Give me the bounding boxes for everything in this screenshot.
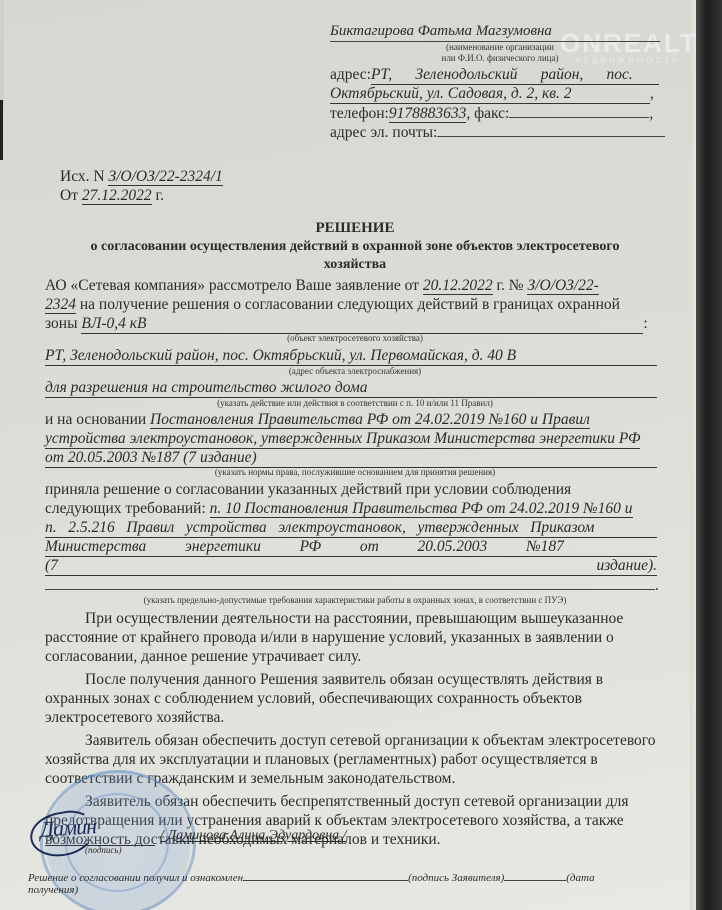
outgoing-date-suffix: г. [155,187,163,204]
basis-value-3: от 20.05.2003 №187 (7 издание) [45,448,657,468]
outgoing-number-row: Исх. N З/О/ОЗ/22-2324/1 [60,167,223,186]
fax-value [509,103,649,118]
requirements-value-4-right: издание). [596,556,657,575]
action-caption: (указать действие или действия в соответ… [45,398,665,408]
action-value: для разрешения на строительство жилого д… [45,378,657,398]
object-address: РТ, Зеленодольский район, пос. Октябрьск… [45,346,657,366]
background-surface [696,0,722,910]
zone-value: ВЛ-0,4 кВ [81,314,643,334]
paragraph-3-line-2: хозяйства для их эксплуатации и плановых… [45,750,598,769]
receipt-row: Решение о согласовании получил и ознаком… [28,870,595,884]
receipt-date-caption: (дата [566,872,594,884]
email-row: адрес эл. почты: [330,122,665,142]
paragraph-2-line-1: После получения данного Решения заявител… [85,670,603,689]
application-number-cont: 2324 [45,296,76,314]
handwritten-signature: Дамин [39,813,97,843]
requirements-label: следующих требований: [45,500,206,517]
requirements-value-4-left: (7 [45,557,58,574]
basis-value-1: Постановления Правительства РФ от 24.02.… [150,411,590,429]
phone-value: 9178883633 [389,105,467,123]
document-subtitle: о согласовании осуществления действий в … [20,239,690,255]
zone-label: зоны [45,315,78,332]
applicant-signature-blank [243,870,408,881]
paragraph-3-line-1: Заявитель обязан обеспечить доступ сетев… [85,731,656,750]
address-row: адрес:РТ, Зеленодольский район, пос. [330,65,659,85]
application-date: 20.12.2022 [423,277,493,295]
applicant-signature-caption: (подпись Заявителя) [408,872,504,884]
requirements-row: следующих требований: п. 10 Постановлени… [45,499,633,518]
phone-label: телефон: [330,105,389,122]
decision-text: приняла решение о согласовании указанных… [45,480,571,499]
application-row: АО «Сетевая компания» рассмотрело Ваше з… [45,276,599,295]
address-value-1: РТ, Зеленодольский район, пос. [371,65,659,85]
outgoing-number-label: Исх. N [60,168,105,185]
document-title: РЕШЕНИЕ [20,220,690,237]
outgoing-date-value: 27.12.2022 [82,187,152,205]
address-label: адрес: [330,66,371,83]
application-number-label: г. № [496,277,523,294]
requirements-value-4: (7 издание). [45,556,657,576]
paragraph-2-line-2: охранных зонах с соблюдением условий, об… [45,689,582,708]
adjacent-page-shadow [0,100,3,160]
email-label: адрес эл. почты: [330,124,437,141]
requirements-blank [45,575,655,590]
address-row-2: Октябрьский, ул. Садовая, д. 2, кв. 2, [330,84,654,104]
application-text-2: на получение решения о согласовании след… [80,296,620,313]
receipt-date-caption-2: получения) [28,884,78,896]
signer-name: / Даминова Алина Эдуардовна / [160,826,347,845]
basis-caption: (указать нормы права, послужившие основа… [45,467,665,477]
requirements-value-2: п. 2.5.216 Правил устройства электроуста… [45,518,657,538]
fax-label: , факс: [466,105,509,122]
paragraph-1-line-2: расстояние от крайнего провода и/или в н… [45,628,614,647]
requirements-caption: (указать предельно-допустимые требования… [45,595,665,605]
outgoing-date-label: От [60,187,78,204]
zone-caption: (объект электросетевого хозяйства) [45,333,665,343]
requirements-value-1: п. 10 Постановления Правительства РФ от … [210,500,633,518]
object-address-caption: (адрес объекта электроснабжения) [45,366,665,376]
basis-row: и на основании Постановления Правительст… [45,410,590,429]
signature-caption: (подпись) [85,845,122,855]
basis-value-2: устройства электроустановок, утвержденны… [45,429,640,449]
recipient-name: Биктагирова Фатьма Магзумовна [330,22,660,42]
requirements-blank-row: . [45,575,659,595]
requirements-value-3: Министерства энергетики РФ от 20.05.2003… [45,537,657,557]
email-value [437,122,665,137]
application-row-2: 2324 на получение решения о согласовании… [45,295,620,314]
outgoing-number-value: З/О/ОЗ/22-2324/1 [108,168,222,186]
recipient-name-caption: (наименование организации [400,42,600,52]
paragraph-1-line-3: согласовании, данное решение утрачивает … [45,647,361,666]
phone-row: телефон:9178883633, факс:, [330,103,653,123]
application-text: АО «Сетевая компания» рассмотрело Ваше з… [45,277,419,294]
document-subtitle-2: хозяйства [20,257,690,273]
address-value-2: Октябрьский, ул. Садовая, д. 2, кв. 2 [330,84,650,104]
adjacent-page-edge [0,0,4,110]
application-number: З/О/ОЗ/22- [527,277,598,295]
receipt-date-blank [504,870,566,881]
paragraph-2-line-3: электросетевого хозяйства. [45,708,224,727]
receipt-text: Решение о согласовании получил и ознаком… [28,872,243,884]
outgoing-date-row: От 27.12.2022 г. [60,186,164,205]
basis-label: и на основании [45,411,146,428]
zone-row: зоны ВЛ-0,4 кВ: [45,314,648,334]
paragraph-1-line-1: При осуществлении деятельности на рассто… [85,609,623,628]
recipient-name-caption-2: или Ф.И.О. физического лица) [400,53,600,63]
